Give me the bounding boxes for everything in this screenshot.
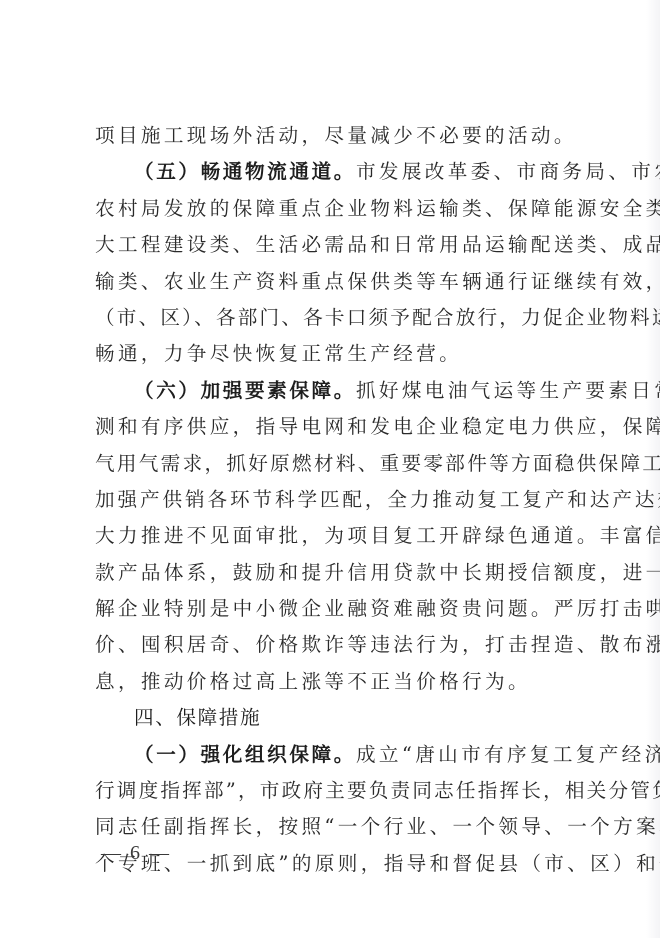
line-text: 项目施工现场外活动，尽量减少不必要的活动。 bbox=[95, 124, 577, 147]
paragraph-4-1-first-line: （一）强化组织保障。成立“唐山市有序复工复产经济运 bbox=[95, 737, 567, 773]
paragraph-line: （市、区）、各部门、各卡口须予配合放行，力促企业物料运输 bbox=[95, 300, 567, 336]
paragraph-6-first-line: （六）加强要素保障。抓好煤电油气运等生产要素日常监 bbox=[95, 373, 567, 409]
paragraph-line: 输类、农业生产资料重点保供类等车辆通行证继续有效，各县 bbox=[95, 264, 567, 300]
line-text: 农村局发放的保障重点企业物料运输类、保障能源安全类、重 bbox=[95, 197, 660, 220]
line-text: 行调度指挥部”，市政府主要负责同志任指挥长，相关分管负责 bbox=[95, 779, 660, 802]
line-text: （市、区）、各部门、各卡口须予配合放行，力促企业物料运输 bbox=[95, 306, 660, 329]
paragraph-line: 解企业特别是中小微企业融资难融资贵问题。严厉打击哄抬物 bbox=[95, 591, 567, 627]
document-body: 项目施工现场外活动，尽量减少不必要的活动。 （五）畅通物流通道。市发展改革委、市… bbox=[95, 118, 567, 882]
line-text: 解企业特别是中小微企业融资难融资贵问题。严厉打击哄抬物 bbox=[95, 597, 660, 620]
line-text: 抓好煤电油气运等生产要素日常监 bbox=[356, 379, 660, 402]
subheading-1-organization: （一）强化组织保障。 bbox=[134, 743, 356, 766]
line-text: 息，推动价格过高上涨等不正当价格行为。 bbox=[95, 670, 531, 693]
paragraph-line: 畅通，力争尽快恢复正常生产经营。 bbox=[95, 336, 567, 372]
line-text: 输类、农业生产资料重点保供类等车辆通行证继续有效，各县 bbox=[95, 270, 660, 293]
paragraph-line: 加强产供销各环节科学匹配，全力推动复工复产和达产达效。 bbox=[95, 482, 567, 518]
line-text: 价、囤积居奇、价格欺诈等违法行为，打击捏造、散布涨价信 bbox=[95, 633, 660, 656]
paragraph-line: 同志任副指挥长，按照“一个行业、一个领导、一个方案、一 bbox=[95, 809, 567, 845]
section-heading-line: 四、保障措施 bbox=[95, 700, 567, 736]
paragraph-line: 息，推动价格过高上涨等不正当价格行为。 bbox=[95, 664, 567, 700]
line-text: 大力推进不见面审批，为项目复工开辟绿色通道。丰富信用贷 bbox=[95, 524, 660, 547]
paragraph-line: 气用气需求，抓好原燃材料、重要零部件等方面稳供保障工作， bbox=[95, 446, 567, 482]
page-number: — 6 — bbox=[101, 842, 171, 865]
line-text: 市发展改革委、市商务局、市农业 bbox=[356, 160, 660, 183]
line-text: 畅通，力争尽快恢复正常生产经营。 bbox=[95, 342, 462, 365]
line-text: 加强产供销各环节科学匹配，全力推动复工复产和达产达效。 bbox=[95, 488, 660, 511]
line-text: 同志任副指挥长，按照“一个行业、一个领导、一个方案、一 bbox=[95, 815, 660, 838]
paragraph-line: 款产品体系，鼓励和提升信用贷款中长期授信额度，进一步缓 bbox=[95, 555, 567, 591]
paragraph-line: 大力推进不见面审批，为项目复工开辟绿色通道。丰富信用贷 bbox=[95, 518, 567, 554]
paragraph-line: 大工程建设类、生活必需品和日常用品运输配送类、成品油运 bbox=[95, 227, 567, 263]
line-text: 大工程建设类、生活必需品和日常用品运输配送类、成品油运 bbox=[95, 233, 660, 256]
paragraph-line: 行调度指挥部”，市政府主要负责同志任指挥长，相关分管负责 bbox=[95, 773, 567, 809]
paragraph-5-first-line: （五）畅通物流通道。市发展改革委、市商务局、市农业 bbox=[95, 154, 567, 190]
paragraph-line: 农村局发放的保障重点企业物料运输类、保障能源安全类、重 bbox=[95, 191, 567, 227]
line-text: 测和有序供应，指导电网和发电企业稳定电力供应，保障天然 bbox=[95, 415, 660, 438]
paragraph-line: 测和有序供应，指导电网和发电企业稳定电力供应，保障天然 bbox=[95, 409, 567, 445]
paragraph-line: 项目施工现场外活动，尽量减少不必要的活动。 bbox=[95, 118, 567, 154]
section-heading-4-safeguards: 四、保障措施 bbox=[134, 706, 261, 729]
line-text: 个专班、一抓到底”的原则，指导和督促县（市、区）和企业 bbox=[95, 852, 660, 875]
subheading-5-logistics: （五）畅通物流通道。 bbox=[134, 160, 356, 183]
line-text: 成立“唐山市有序复工复产经济运 bbox=[356, 743, 660, 766]
line-text: 气用气需求，抓好原燃材料、重要零部件等方面稳供保障工作， bbox=[95, 452, 660, 475]
subheading-6-factor-guarantee: （六）加强要素保障。 bbox=[134, 379, 356, 402]
document-page: 项目施工现场外活动，尽量减少不必要的活动。 （五）畅通物流通道。市发展改革委、市… bbox=[0, 0, 660, 938]
line-text: 款产品体系，鼓励和提升信用贷款中长期授信额度，进一步缓 bbox=[95, 561, 660, 584]
paragraph-line: 价、囤积居奇、价格欺诈等违法行为，打击捏造、散布涨价信 bbox=[95, 627, 567, 663]
